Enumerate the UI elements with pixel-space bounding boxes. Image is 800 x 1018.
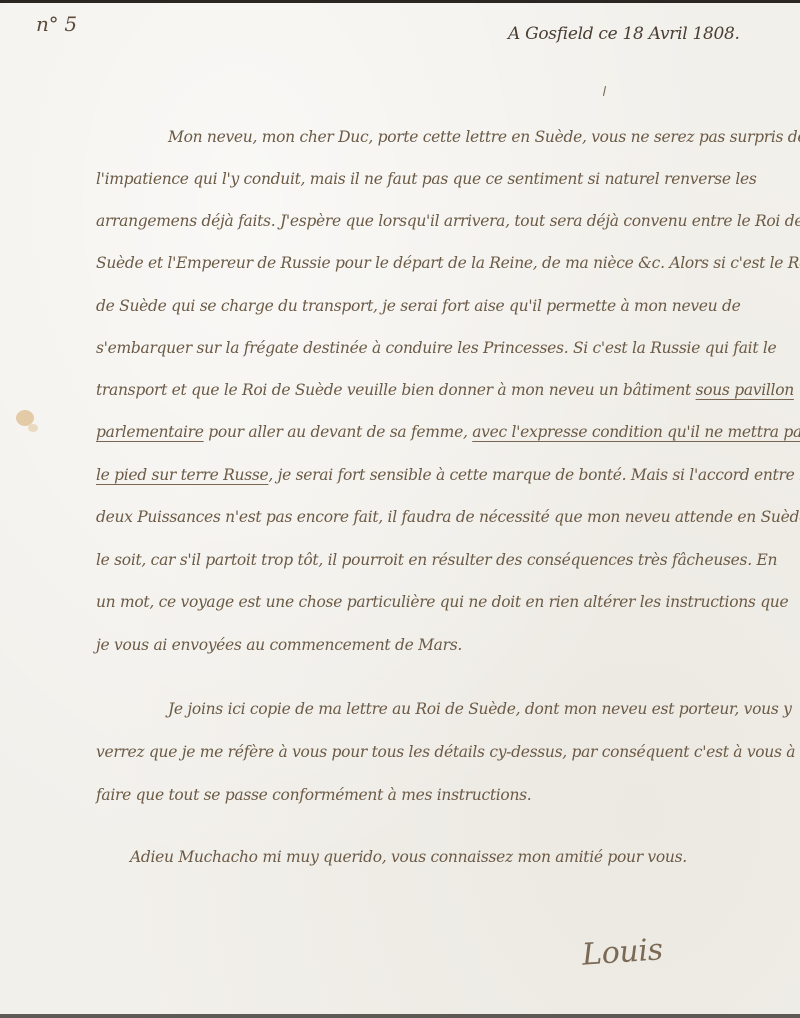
letter-line: verrez que je me réfère à vous pour tous… [96, 743, 795, 761]
paper-stain [16, 410, 34, 426]
letter-line: l'impatience qui l'y conduit, mais il ne… [96, 170, 757, 188]
page-top-edge [0, 0, 800, 3]
letter-line: parlementaire pour aller au devant de sa… [96, 423, 800, 441]
letter-line: faire que tout se passe conformément à m… [96, 786, 531, 804]
dateline: A Gosfield ce 18 Avril 1808. [508, 24, 740, 44]
letter-line: arrangemens déjà faits. J'espère que lor… [96, 212, 800, 230]
letter-line: je vous ai envoyées au commencement de M… [96, 636, 462, 654]
closing-line: Adieu Muchacho mi muy querido, vous conn… [130, 848, 687, 866]
letter-line: le soit, car s'il partoit trop tôt, il p… [96, 551, 777, 569]
underlined-text: parlementaire [96, 423, 204, 441]
line-text: , je serai fort sensible à cette marque … [268, 466, 800, 484]
page-bottom-edge [0, 1014, 800, 1018]
letter-line: Mon neveu, mon cher Duc, porte cette let… [168, 128, 800, 146]
letter-line: Suède et l'Empereur de Russie pour le dé… [96, 254, 800, 272]
signature: Louis [581, 932, 664, 973]
underlined-text: sous pavillon [696, 381, 794, 399]
folio-number: n° 5 [36, 12, 77, 36]
line-text: transport et que le Roi de Suède veuille… [96, 381, 696, 399]
letter-page: n° 5 A Gosfield ce 18 Avril 1808. Mon ne… [0, 0, 800, 1018]
ink-mark [603, 86, 606, 96]
letter-line: deux Puissances n'est pas encore fait, i… [96, 508, 800, 526]
letter-line: s'embarquer sur la frégate destinée à co… [96, 339, 776, 357]
letter-line: transport et que le Roi de Suède veuille… [96, 381, 794, 399]
underlined-text: le pied sur terre Russe [96, 466, 268, 484]
letter-line: le pied sur terre Russe, je serai fort s… [96, 466, 800, 484]
line-text: pour aller au devant de sa femme, [204, 423, 473, 441]
letter-line: Je joins ici copie de ma lettre au Roi d… [168, 700, 792, 718]
letter-line: un mot, ce voyage est une chose particul… [96, 593, 788, 611]
underlined-text: avec l'expresse condition qu'il ne mettr… [472, 423, 800, 441]
letter-line: de Suède qui se charge du transport, je … [96, 297, 740, 315]
